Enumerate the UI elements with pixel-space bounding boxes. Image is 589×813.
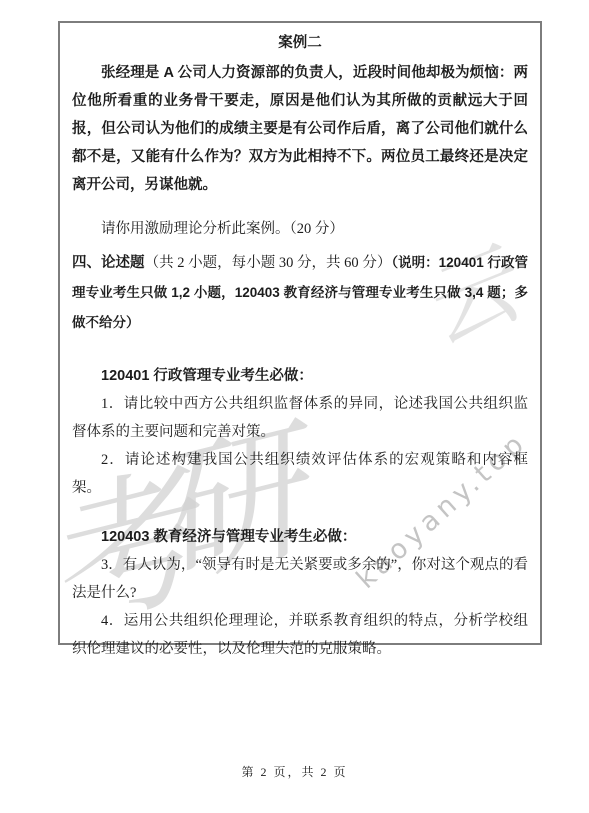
case-prompt: 请你用激励理论分析此案例。（20 分） [72, 215, 528, 243]
question-item-4: 4．运用公共组织伦理理论，并联系教育组织的特点，分析学校组织伦理建议的必要性，以… [72, 607, 528, 663]
case-paragraph: 张经理是 A 公司人力资源部的负责人，近段时间他却极为烦恼：两位他所看重的业务骨… [72, 59, 528, 199]
exam-content-box: 案例二 张经理是 A 公司人力资源部的负责人，近段时间他却极为烦恼：两位他所看重… [58, 21, 542, 645]
section-four-title: 四、论述题 [72, 255, 145, 271]
section-four-heading: 四、论述题（共 2 小题，每小题 30 分，共 60 分）（说明：120401 … [72, 248, 528, 338]
scanned-exam-page: { "doc": { "case_title": "案例二", "case_pa… [0, 0, 589, 813]
question-item-3: 3．有人认为，“领导有时是无关紧要或多余的”，你对这个观点的看法是什么? [72, 551, 528, 607]
group-edu-heading: 120403 教育经济与管理专业考生必做： [72, 523, 528, 551]
section-four-score-info: （共 2 小题，每小题 30 分，共 60 分） [145, 255, 392, 271]
case-title: 案例二 [72, 29, 528, 57]
group-admin-heading: 120401 行政管理专业考生必做： [72, 362, 528, 390]
question-item-1: 1．请比较中西方公共组织监督体系的异同，论述我国公共组织监督体系的主要问题和完善… [72, 390, 528, 446]
question-item-2: 2．请论述构建我国公共组织绩效评估体系的宏观策略和内容框架。 [72, 446, 528, 502]
page-number-footer: 第 2 页，共 2 页 [0, 762, 589, 782]
exam-content: 案例二 张经理是 A 公司人力资源部的负责人，近段时间他却极为烦恼：两位他所看重… [72, 29, 528, 663]
